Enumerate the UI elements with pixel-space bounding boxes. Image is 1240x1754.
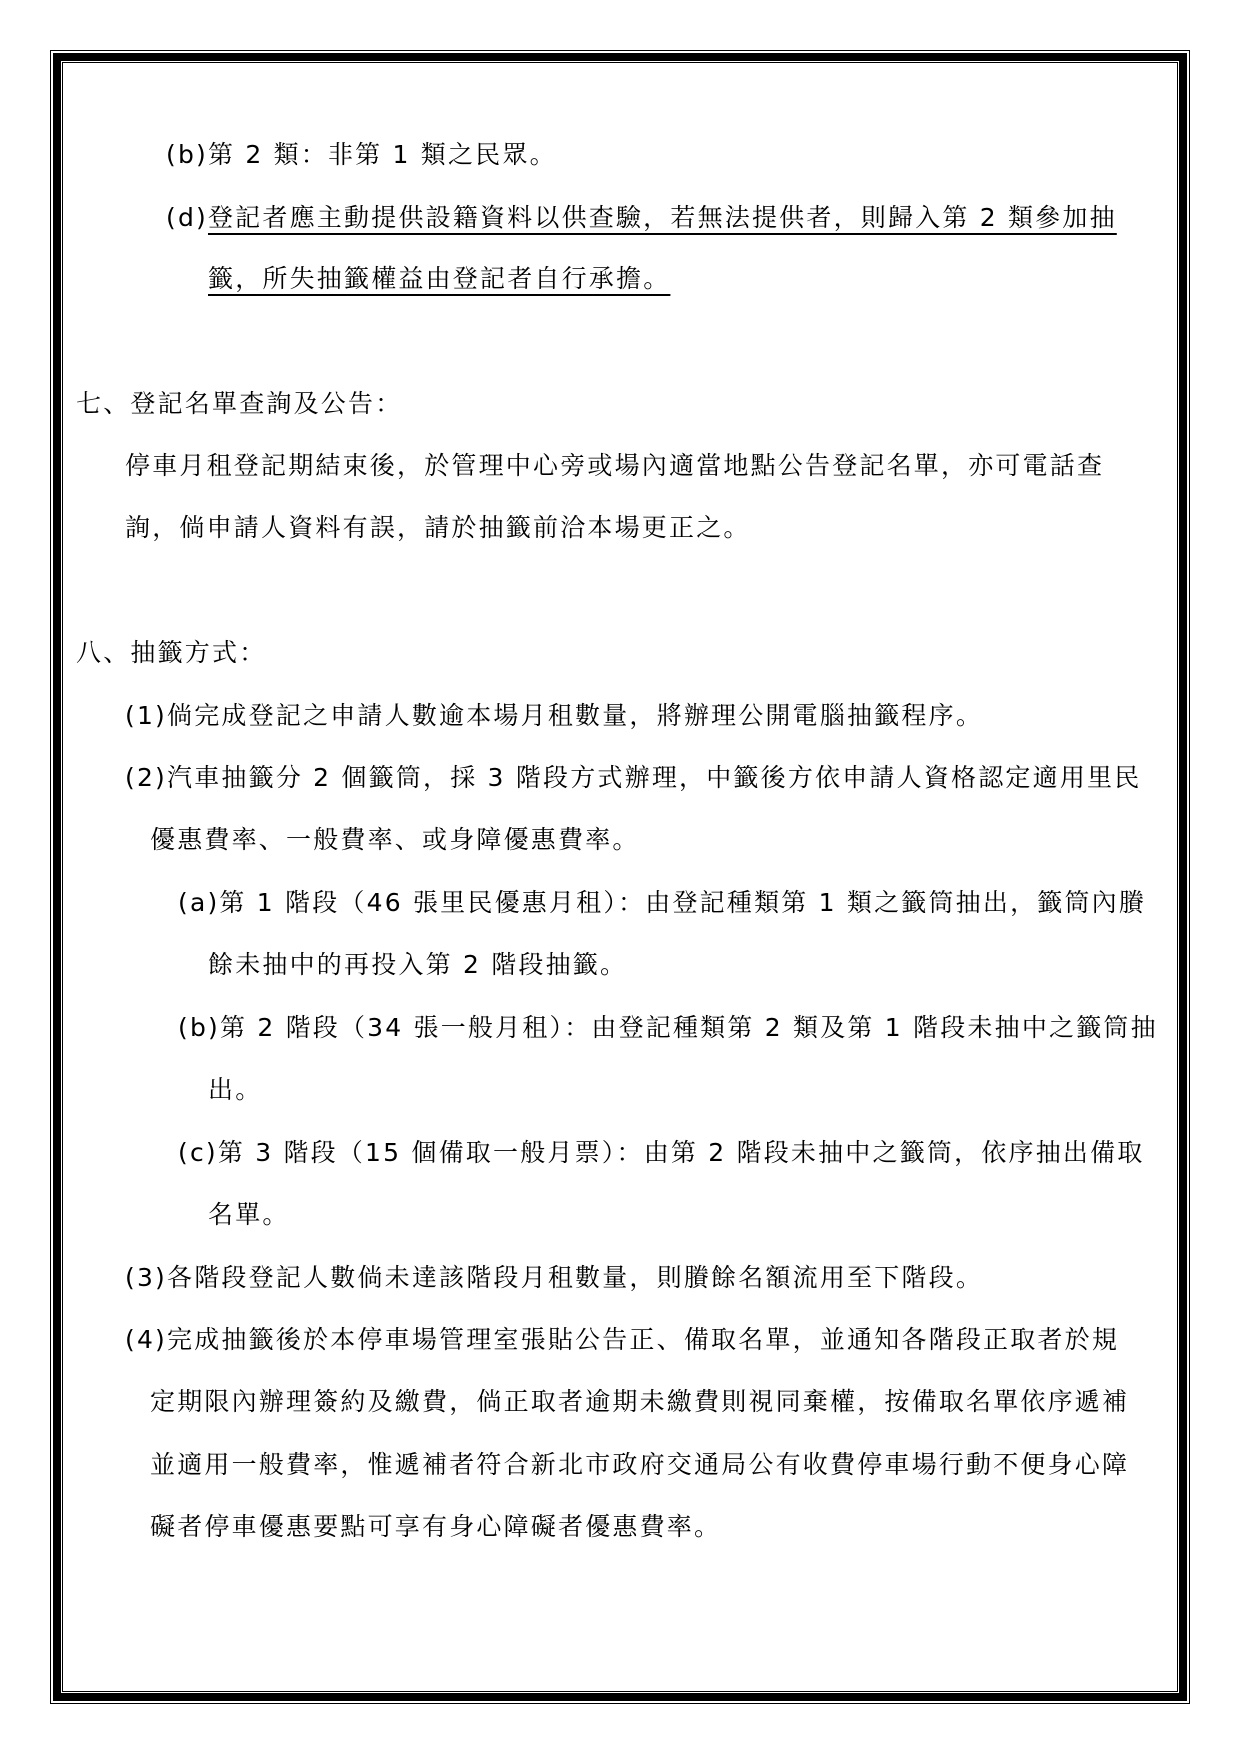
- section-8-item-4-line-1: (4)完成抽籤後於本停車場管理室張貼公告正、備取名單，並通知各階段正取者於規: [125, 1324, 1119, 1356]
- section-8-item-4-line-3: 並適用一般費率，惟遞補者符合新北市政府交通局公有收費停車場行動不便身心障: [150, 1449, 1129, 1481]
- list-item-category-2: (b)第 2 類：非第 1 類之民眾。: [166, 139, 557, 171]
- section-heading-7: 七、登記名單查詢及公告：: [76, 388, 402, 420]
- stage-2-line-1: (b)第 2 階段（34 張一般月租）：由登記種類第 2 類及第 1 階段未抽中…: [178, 1012, 1158, 1044]
- section-8-item-4-line-2: 定期限內辦理簽約及繳費，倘正取者逾期未繳費則視同棄權，按備取名單依序遞補: [150, 1386, 1129, 1418]
- stage-1-line-1: (a)第 1 階段（46 張里民優惠月租）：由登記種類第 1 類之籤筒抽出，籤筒…: [178, 887, 1146, 919]
- underlined-text: 登記者應主動提供設籍資料以供查驗，若無法提供者，則歸入第 2 類參加抽: [208, 203, 1117, 232]
- section-7-body-line-1: 停車月租登記期結束後，於管理中心旁或場內適當地點公告登記名單，亦可電話查: [125, 450, 1104, 482]
- stage-2-line-2: 出。: [208, 1074, 262, 1106]
- item-marker: (d): [166, 203, 208, 232]
- stage-3-line-2: 名單。: [208, 1199, 290, 1231]
- section-heading-8: 八、抽籤方式：: [76, 637, 266, 669]
- section-8-item-2-line-2: 優惠費率、一般費率、或身障優惠費率。: [150, 824, 640, 856]
- list-item-residency-proof-cont: 籤，所失抽籤權益由登記者自行承擔。: [208, 263, 670, 295]
- stage-3-line-1: (c)第 3 階段（15 個備取一般月票）：由第 2 階段未抽中之籤筒，依序抽出…: [178, 1137, 1145, 1169]
- section-8-item-3: (3)各階段登記人數倘未達該階段月租數量，則賸餘名額流用至下階段。: [125, 1262, 983, 1294]
- stage-1-line-2: 餘未抽中的再投入第 2 階段抽籤。: [208, 949, 627, 981]
- page-border-inner: [62, 62, 1178, 1692]
- list-item-residency-proof: (d)登記者應主動提供設籍資料以供查驗，若無法提供者，則歸入第 2 類參加抽: [166, 202, 1117, 234]
- item-marker: (b): [166, 140, 208, 169]
- underlined-text: 籤，所失抽籤權益由登記者自行承擔。: [208, 264, 670, 293]
- item-text: 第 2 類：非第 1 類之民眾。: [208, 140, 557, 169]
- section-8-item-4-line-4: 礙者停車優惠要點可享有身心障礙者優惠費率。: [150, 1511, 721, 1543]
- section-8-item-1: (1)倘完成登記之申請人數逾本場月租數量，將辦理公開電腦抽籤程序。: [125, 700, 983, 732]
- section-8-item-2-line-1: (2)汽車抽籤分 2 個籤筒，採 3 階段方式辦理，中籤後方依申請人資格認定適用…: [125, 762, 1141, 794]
- section-7-body-line-2: 詢，倘申請人資料有誤，請於抽籤前洽本場更正之。: [125, 512, 751, 544]
